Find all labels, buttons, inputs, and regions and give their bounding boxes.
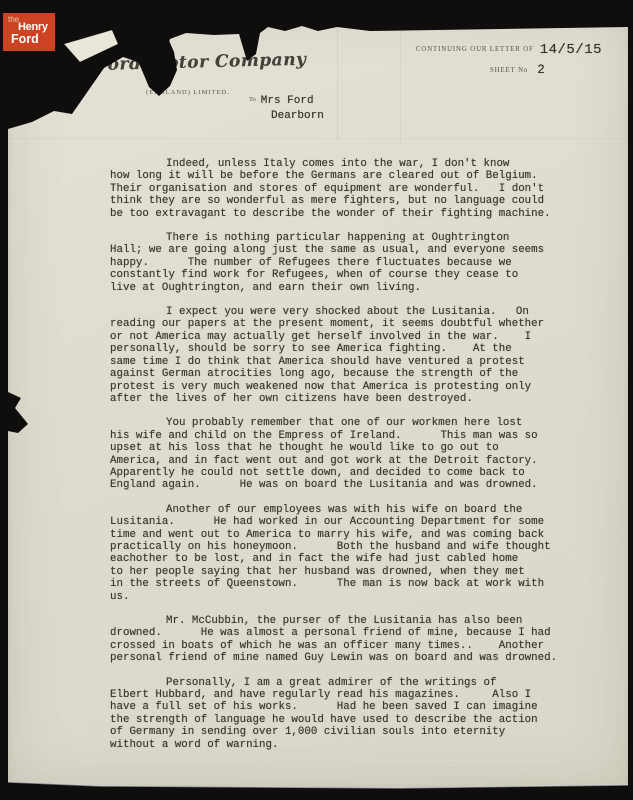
letter-paragraph: I expect you were very shocked about the… (110, 306, 572, 405)
letter-paragraph: Another of our employees was with his wi… (110, 504, 572, 603)
letter-paragraph: Personally, I am a great admirer of the … (110, 677, 572, 751)
archive-logo: the Henry Ford (3, 13, 55, 51)
to-label: To (249, 94, 256, 103)
continuing-date: 14/5/15 (540, 42, 602, 58)
fold-crease (8, 138, 628, 140)
sheet-line: SHEET No 2 (490, 63, 545, 77)
logo-ford: Ford (11, 32, 39, 46)
company-name-script: Ford Motor Company (96, 52, 256, 74)
letter-body: Indeed, unless Italy comes into the war,… (110, 158, 572, 763)
letter-paragraph: Mr. McCubbin, the purser of the Lusitani… (110, 615, 572, 665)
fold-crease (337, 12, 339, 140)
continuing-label: CONTINUING OUR LETTER OF (416, 42, 534, 53)
recipient-block: To Mrs Ford Dearborn (249, 94, 324, 124)
continuing-line: CONTINUING OUR LETTER OF 14/5/15 (416, 42, 602, 58)
letter-paragraph: You probably remember that one of our wo… (110, 417, 572, 491)
sheet-label: SHEET No (490, 63, 528, 74)
letter-paragraph: There is nothing particular happening at… (110, 232, 572, 294)
fold-crease (400, 28, 402, 144)
letter-paper: Ford Motor Company (ENGLAND) LIMITED. CO… (8, 10, 628, 788)
recipient-city: Dearborn (271, 109, 324, 124)
letter-paragraph: Indeed, unless Italy comes into the war,… (110, 158, 572, 220)
company-subtitle: (ENGLAND) LIMITED. (120, 89, 256, 96)
recipient-name: Mrs Ford (261, 94, 314, 109)
sheet-number: 2 (537, 63, 545, 77)
scan-background: Ford Motor Company (ENGLAND) LIMITED. CO… (0, 0, 633, 800)
